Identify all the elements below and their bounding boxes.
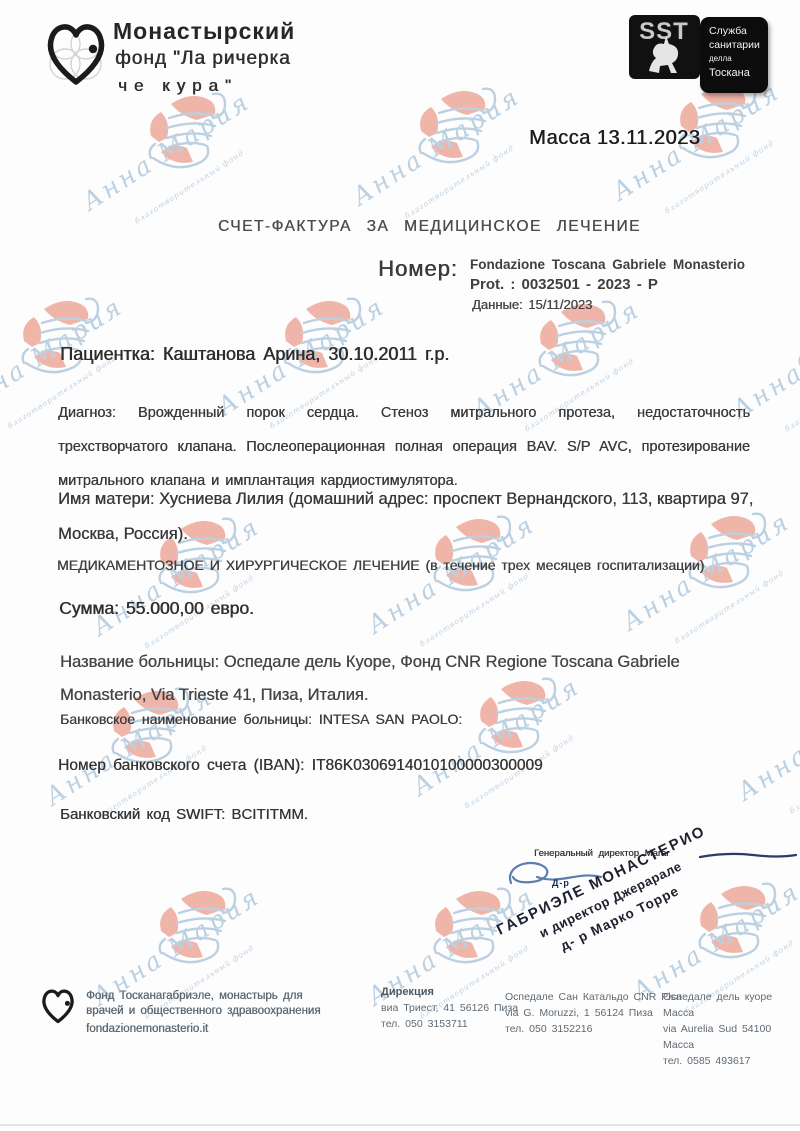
watermark-logo-icon xyxy=(137,90,237,178)
watermark-logo-icon xyxy=(792,680,800,768)
watermark-logo-icon xyxy=(787,298,800,386)
watermark-logo-icon xyxy=(10,295,110,383)
scanned-invoice-page: Анна Марияблаготворительный фондАнна Мар… xyxy=(0,0,800,1131)
watermark-logo-icon xyxy=(667,80,767,168)
watermark-subtext: благотворительный фонд xyxy=(673,568,786,646)
footer-heart-icon xyxy=(36,984,80,1026)
document-title: СЧЕТ-ФАКТУРА ЗА МЕДИЦИНСКОЕ ЛЕЧЕНИЕ xyxy=(218,218,641,236)
watermark-subtext: благотворительный фонд xyxy=(133,148,246,226)
footer-san-cataldo-phone: тел. 050 3152216 xyxy=(505,1021,682,1037)
footer-foundation-block: Фонд Тосканагабриэле, монастырь для врач… xyxy=(86,989,320,1037)
service-label-badge: Служба санитарии делла Тоскана xyxy=(700,17,768,93)
watermark-text: Анна Мария xyxy=(77,86,255,216)
watermark-subtext: благотворительный фонд xyxy=(788,738,800,816)
watermark-subtext: благотворительный фонд xyxy=(783,356,800,434)
watermark-logo-icon xyxy=(407,85,507,173)
sst-logo-icon: SST xyxy=(629,15,700,79)
watermark-logo-icon xyxy=(687,880,787,968)
number-label: Номер: xyxy=(378,256,458,282)
service-line: Тоскана xyxy=(709,66,761,80)
watermark-anna-maria: Анна Марияблаготворительный фонд xyxy=(740,680,800,845)
page-bottom-edge xyxy=(0,1124,800,1126)
footer-foundation-line1: Фонд Тосканагабриэле, монастырь для xyxy=(86,989,320,1004)
bank-name-line: Банковское наименование больницы: INTESA… xyxy=(60,711,462,727)
footer-san-cataldo-block: Оспедале Сан Катальдо CNR Pisa via G. Mo… xyxy=(505,989,682,1037)
org-name-line2: фонд "Ла ричерка xyxy=(115,48,291,70)
footer-cuore-name: Оспедале дель куоре Масса xyxy=(663,989,800,1021)
watermark-text: Анна Мария xyxy=(732,676,800,806)
mother-paragraph: Имя матери: Хусниева Лилия (домашний адр… xyxy=(58,482,758,552)
footer-cuore-address: via Aurelia Sud 54100 Масса xyxy=(663,1021,800,1053)
footer-direction-address: виа Триест, 41 56126 Пиза xyxy=(381,1000,518,1016)
watermark-text: Анна Мария xyxy=(347,81,525,211)
swift-line: Банковский код SWIFT: BCITITMM. xyxy=(60,806,308,823)
footer-cuore-block: Оспедале дель куоре Масса via Aurelia Su… xyxy=(663,989,800,1069)
footer-foundation-line2: врачей и общественного здравоохранения xyxy=(86,1004,320,1019)
place-date: Масса 13.11.2023 xyxy=(529,127,700,150)
org-name-line3: че кура" xyxy=(118,76,238,96)
footer-san-cataldo-address: via G. Moruzzi, 1 56124 Пиза xyxy=(505,1005,682,1021)
watermark-logo-icon xyxy=(147,885,247,973)
footer-direction-block: Дирекция виа Триест, 41 56126 Пиза тел. … xyxy=(381,984,518,1032)
footer-cuore-phone: тел. 0585 493617 xyxy=(663,1053,800,1069)
patient-line: Пациентка: Каштанова Арина, 30.10.2011 г… xyxy=(60,344,449,365)
number-date: Данные: 15/11/2023 xyxy=(472,297,592,312)
hospital-paragraph: Название больницы: Оспедале дель Куоре, … xyxy=(60,646,722,712)
treatment-line: МЕДИКАМЕНТОЗНОЕ И ХИРУРГИЧЕСКОЕ ЛЕЧЕНИЕ … xyxy=(57,557,704,573)
svg-text:SST: SST xyxy=(639,18,689,45)
watermark-subtext: благотворительный фонд xyxy=(418,571,531,649)
footer-website: fondazionemonasterio.it xyxy=(86,1022,320,1037)
number-protocol: Prot. : 0032501 - 2023 - P xyxy=(470,276,658,293)
foundation-heart-logo-icon xyxy=(44,14,108,90)
watermark-logo-icon xyxy=(272,295,372,383)
director-stamp: ГАБРИЭЛЕ МОНАСТЕРИО и директор Джерарале… xyxy=(482,815,739,983)
footer-direction-phone: тел. 050 3153711 xyxy=(381,1016,518,1032)
footer-direction-title: Дирекция xyxy=(381,984,518,1000)
footer-san-cataldo-name: Оспедале Сан Катальдо CNR Pisa xyxy=(505,989,682,1005)
org-name-line1: Монастырский xyxy=(113,18,295,45)
amount-line: Сумма: 55.000,00 евро. xyxy=(59,598,254,619)
service-line: Служба xyxy=(709,24,761,38)
service-line: санитарии xyxy=(709,38,761,52)
service-line: делла xyxy=(709,52,761,66)
iban-line: Номер банковского счета (IBAN): IT86K030… xyxy=(58,757,543,775)
watermark-subtext: благотворительный фонд xyxy=(403,143,516,221)
number-org: Fondazione Toscana Gabriele Monasterio xyxy=(470,257,745,272)
